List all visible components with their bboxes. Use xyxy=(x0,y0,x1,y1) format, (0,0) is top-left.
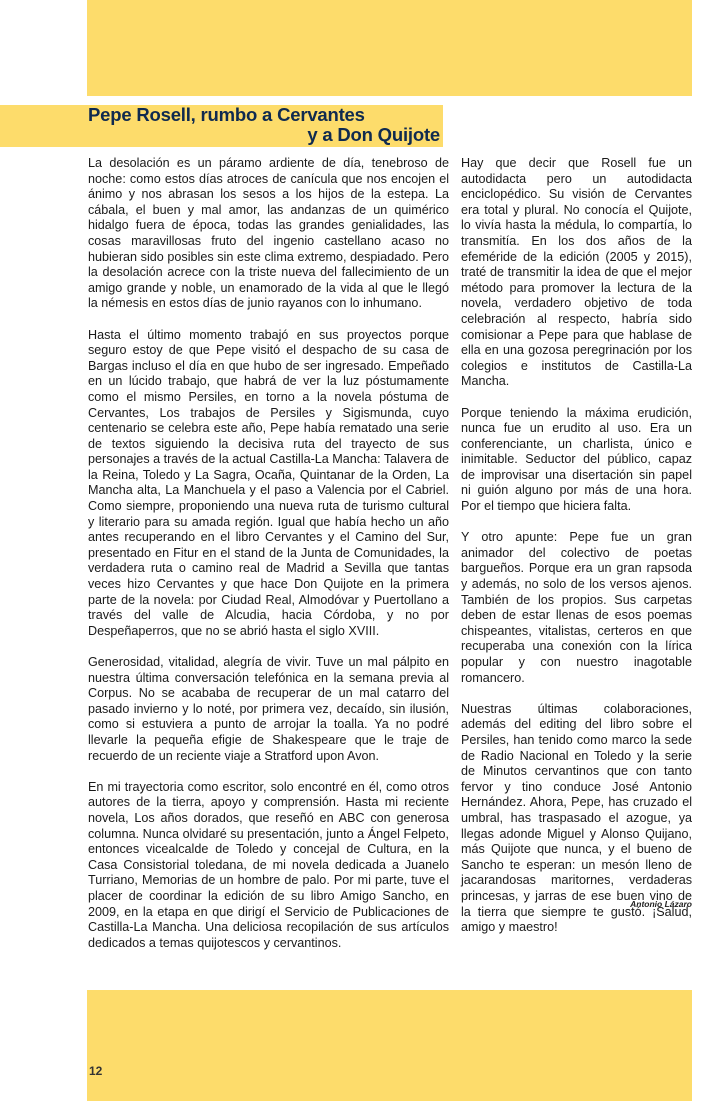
top-decorative-block xyxy=(87,0,692,96)
author-byline: Antonio Lázaro xyxy=(630,899,692,909)
paragraph: En mi trayectoria como escritor, solo en… xyxy=(88,780,449,952)
article-title-line-2: y a Don Quijote xyxy=(307,125,440,145)
paragraph: Hay que decir que Rosell fue un autodida… xyxy=(461,156,692,390)
left-column: La desolación es un páramo ardiente de d… xyxy=(88,156,449,967)
bottom-decorative-block xyxy=(87,990,692,1101)
article-title-line-1: Pepe Rosell, rumbo a Cervantes xyxy=(88,105,365,125)
paragraph: Hasta el último momento trabajó en sus p… xyxy=(88,328,449,640)
paragraph: Y otro apunte: Pepe fue un gran animador… xyxy=(461,530,692,686)
paragraph: La desolación es un páramo ardiente de d… xyxy=(88,156,449,312)
right-column: Hay que decir que Rosell fue un autodida… xyxy=(461,156,692,951)
paragraph: Porque teniendo la máxima erudición, nun… xyxy=(461,406,692,515)
page-number: 12 xyxy=(89,1064,102,1078)
paragraph: Generosidad, vitalidad, alegría de vivir… xyxy=(88,655,449,764)
